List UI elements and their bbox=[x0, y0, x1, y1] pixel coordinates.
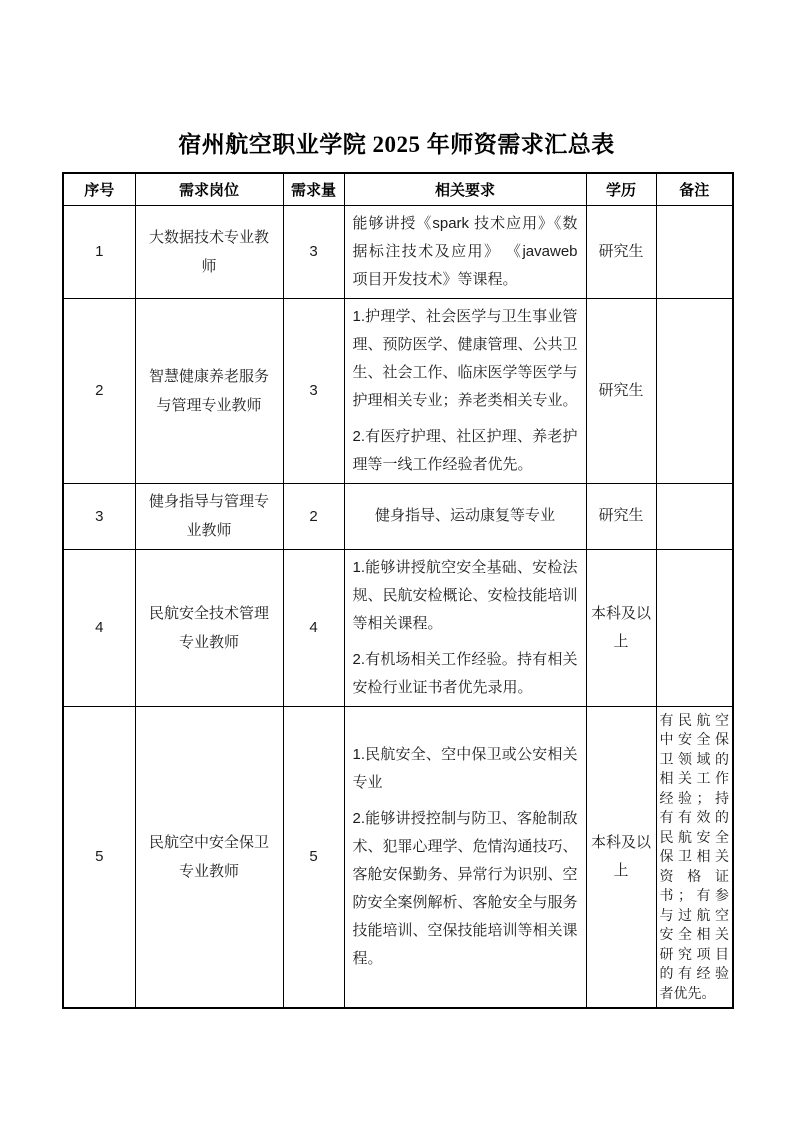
cell-position: 民航空中安全保卫专业教师 bbox=[135, 706, 283, 1008]
cell-remarks bbox=[656, 205, 733, 298]
table-row: 5 民航空中安全保卫专业教师 5 1.民航安全、空中保卫或公安相关专业2.能够讲… bbox=[63, 706, 733, 1008]
cell-position: 健身指导与管理专业教师 bbox=[135, 483, 283, 549]
table-header-row: 序号 需求岗位 需求量 相关要求 学历 备注 bbox=[63, 173, 733, 205]
header-cell-serial-no: 序号 bbox=[63, 173, 135, 205]
cell-quantity: 3 bbox=[283, 205, 344, 298]
cell-serial-no: 5 bbox=[63, 706, 135, 1008]
table-row: 4 民航安全技术管理专业教师 4 1.能够讲授航空安全基础、安检法规、民航安检概… bbox=[63, 549, 733, 706]
cell-serial-no: 1 bbox=[63, 205, 135, 298]
header-cell-requirements: 相关要求 bbox=[344, 173, 586, 205]
cell-education: 研究生 bbox=[586, 298, 656, 483]
cell-quantity: 4 bbox=[283, 549, 344, 706]
table-row: 1 大数据技术专业教师 3 能够讲授《spark 技术应用》《数据标注技术及应用… bbox=[63, 205, 733, 298]
teacher-demand-table: 序号 需求岗位 需求量 相关要求 学历 备注 1 大数据技术专业教师 3 能够讲… bbox=[62, 172, 734, 1009]
cell-position: 民航安全技术管理专业教师 bbox=[135, 549, 283, 706]
cell-requirements: 健身指导、运动康复等专业 bbox=[344, 483, 586, 549]
cell-serial-no: 2 bbox=[63, 298, 135, 483]
page-title: 宿州航空职业学院 2025 年师资需求汇总表 bbox=[0, 0, 793, 159]
cell-education: 研究生 bbox=[586, 483, 656, 549]
cell-quantity: 3 bbox=[283, 298, 344, 483]
cell-position: 智慧健康养老服务与管理专业教师 bbox=[135, 298, 283, 483]
cell-remarks: 有民航空中安全保卫领域的相关工作经验；持有有效的民航安全保卫相关资格证书；有参与… bbox=[656, 706, 733, 1008]
header-cell-position: 需求岗位 bbox=[135, 173, 283, 205]
cell-education: 研究生 bbox=[586, 205, 656, 298]
cell-remarks bbox=[656, 483, 733, 549]
cell-quantity: 5 bbox=[283, 706, 344, 1008]
cell-requirements: 1.民航安全、空中保卫或公安相关专业2.能够讲授控制与防卫、客舱制敌术、犯罪心理… bbox=[344, 706, 586, 1008]
cell-serial-no: 3 bbox=[63, 483, 135, 549]
header-cell-remarks: 备注 bbox=[656, 173, 733, 205]
cell-education: 本科及以上 bbox=[586, 549, 656, 706]
header-cell-quantity: 需求量 bbox=[283, 173, 344, 205]
header-cell-education: 学历 bbox=[586, 173, 656, 205]
table-row: 2 智慧健康养老服务与管理专业教师 3 1.护理学、社会医学与卫生事业管理、预防… bbox=[63, 298, 733, 483]
table-row: 3 健身指导与管理专业教师 2 健身指导、运动康复等专业 研究生 bbox=[63, 483, 733, 549]
cell-remarks bbox=[656, 298, 733, 483]
cell-education: 本科及以上 bbox=[586, 706, 656, 1008]
cell-requirements: 1.护理学、社会医学与卫生事业管理、预防医学、健康管理、公共卫生、社会工作、临床… bbox=[344, 298, 586, 483]
cell-requirements: 1.能够讲授航空安全基础、安检法规、民航安检概论、安检技能培训等相关课程。2.有… bbox=[344, 549, 586, 706]
cell-serial-no: 4 bbox=[63, 549, 135, 706]
cell-remarks bbox=[656, 549, 733, 706]
cell-requirements: 能够讲授《spark 技术应用》《数据标注技术及应用》 《javaweb 项目开… bbox=[344, 205, 586, 298]
cell-quantity: 2 bbox=[283, 483, 344, 549]
cell-position: 大数据技术专业教师 bbox=[135, 205, 283, 298]
